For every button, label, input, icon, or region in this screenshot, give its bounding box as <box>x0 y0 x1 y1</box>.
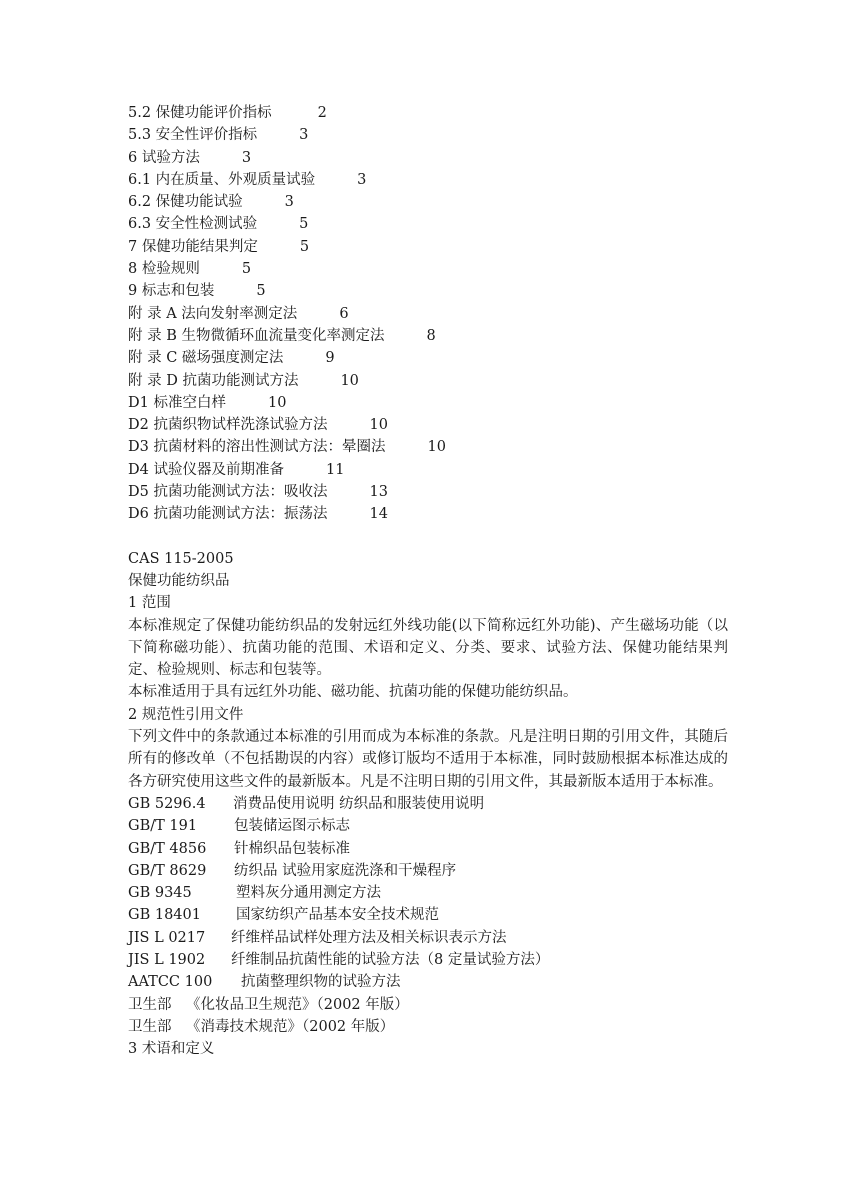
toc-entry: 5.3 安全性评价指标3 <box>128 124 728 146</box>
toc-page-number: 10 <box>369 414 387 436</box>
paragraph: 本标准规定了保健功能纺织品的发射远红外线功能(以下简称远红外功能)、产生磁场功能… <box>128 615 728 682</box>
toc-entry: 7 保健功能结果判定5 <box>128 236 728 258</box>
reference-item: AATCC 100抗菌整理织物的试验方法 <box>128 971 728 993</box>
toc-entry: D4 试验仪器及前期准备11 <box>128 459 728 481</box>
toc-page-number: 10 <box>268 392 286 414</box>
toc-label: 8 检验规则 <box>128 261 200 277</box>
document-title: 保健功能纺织品 <box>128 570 728 592</box>
toc-page-number: 9 <box>325 347 334 369</box>
spacer <box>128 526 728 548</box>
reference-code: 卫生部 <box>128 994 186 1016</box>
toc-entry: D3 抗菌材料的溶出性测试方法：晕圈法10 <box>128 436 728 458</box>
reference-code: JIS L 0217 <box>128 927 231 949</box>
reference-item: GB/T 4856针棉织品包装标准 <box>128 838 728 860</box>
document-page: 5.2 保健功能评价指标2 5.3 安全性评价指标3 6 试验方法3 6.1 内… <box>128 102 728 1060</box>
reference-title: 塑料灰分通用测定方法 <box>236 882 381 904</box>
toc-page-number: 2 <box>318 102 327 124</box>
toc-page-number: 14 <box>369 503 387 525</box>
toc-label: 6.3 安全性检测试验 <box>128 216 257 232</box>
reference-code: 卫生部 <box>128 1016 186 1038</box>
reference-code: GB/T 4856 <box>128 838 234 860</box>
table-of-contents: 5.2 保健功能评价指标2 5.3 安全性评价指标3 6 试验方法3 6.1 内… <box>128 102 728 526</box>
reference-code: GB/T 191 <box>128 815 234 837</box>
reference-title: 针棉织品包装标准 <box>234 838 350 860</box>
toc-entry: 9 标志和包装5 <box>128 280 728 302</box>
toc-label: D1 标准空白样 <box>128 395 226 411</box>
toc-label: 6.2 保健功能试验 <box>128 194 243 210</box>
toc-label: D3 抗菌材料的溶出性测试方法：晕圈法 <box>128 439 385 455</box>
toc-entry: 6.3 安全性检测试验5 <box>128 213 728 235</box>
reference-code: GB 5296.4 <box>128 793 233 815</box>
toc-page-number: 5 <box>256 280 265 302</box>
section-heading: 1 范围 <box>128 592 728 614</box>
reference-title: 纤维制品抗菌性能的试验方法（8 定量试验方法） <box>231 949 549 971</box>
toc-entry: 附 录 A 法向发射率测定法6 <box>128 303 728 325</box>
toc-page-number: 10 <box>340 370 358 392</box>
toc-page-number: 3 <box>242 147 251 169</box>
toc-label: D4 试验仪器及前期准备 <box>128 462 284 478</box>
toc-page-number: 3 <box>285 191 294 213</box>
toc-page-number: 3 <box>357 169 366 191</box>
toc-label: 附 录 D 抗菌功能测试方法 <box>128 373 298 389</box>
reference-code: AATCC 100 <box>128 971 241 993</box>
section-heading: 2 规范性引用文件 <box>128 704 728 726</box>
reference-item: 卫生部《消毒技术规范》（2002 年版） <box>128 1016 728 1038</box>
reference-list: GB 5296.4消费品使用说明 纺织品和服装使用说明 GB/T 191包装储运… <box>128 793 728 1038</box>
reference-code: GB 9345 <box>128 882 236 904</box>
toc-label: 附 录 A 法向发射率测定法 <box>128 306 297 322</box>
reference-item: GB/T 191包装储运图示标志 <box>128 815 728 837</box>
section-heading: 3 术语和定义 <box>128 1038 728 1060</box>
toc-entry: D1 标准空白样10 <box>128 392 728 414</box>
toc-page-number: 5 <box>299 213 308 235</box>
reference-item: JIS L 1902纤维制品抗菌性能的试验方法（8 定量试验方法） <box>128 949 728 971</box>
toc-label: 6.1 内在质量、外观质量试验 <box>128 172 315 188</box>
toc-entry: 5.2 保健功能评价指标2 <box>128 102 728 124</box>
toc-page-number: 10 <box>427 436 445 458</box>
reference-item: GB 5296.4消费品使用说明 纺织品和服装使用说明 <box>128 793 728 815</box>
toc-label: D2 抗菌织物试样洗涤试验方法 <box>128 417 327 433</box>
toc-label: 7 保健功能结果判定 <box>128 239 258 255</box>
reference-title: 消费品使用说明 纺织品和服装使用说明 <box>233 793 484 815</box>
reference-item: JIS L 0217纤维样品试样处理方法及相关标识表示方法 <box>128 927 728 949</box>
toc-entry: 附 录 B 生物微循环血流量变化率测定法8 <box>128 325 728 347</box>
toc-page-number: 5 <box>300 236 309 258</box>
toc-entry: 8 检验规则5 <box>128 258 728 280</box>
toc-page-number: 11 <box>326 459 344 481</box>
toc-label: 5.2 保健功能评价指标 <box>128 105 272 121</box>
reference-item: GB 9345塑料灰分通用测定方法 <box>128 882 728 904</box>
reference-title: 国家纺织产品基本安全技术规范 <box>236 904 439 926</box>
toc-entry: 6.2 保健功能试验3 <box>128 191 728 213</box>
paragraph: 下列文件中的条款通过本标准的引用而成为本标准的条款。凡是注明日期的引用文件，其随… <box>128 726 728 793</box>
toc-label: 9 标志和包装 <box>128 283 214 299</box>
standard-code: CAS 115-2005 <box>128 548 728 570</box>
reference-title: 纤维样品试样处理方法及相关标识表示方法 <box>231 927 507 949</box>
toc-page-number: 5 <box>242 258 251 280</box>
reference-item: 卫生部《化妆品卫生规范》（2002 年版） <box>128 994 728 1016</box>
toc-entry: 附 录 D 抗菌功能测试方法10 <box>128 370 728 392</box>
toc-entry: D6 抗菌功能测试方法：振荡法14 <box>128 503 728 525</box>
toc-page-number: 3 <box>299 124 308 146</box>
toc-entry: D2 抗菌织物试样洗涤试验方法10 <box>128 414 728 436</box>
reference-item: GB 18401国家纺织产品基本安全技术规范 <box>128 904 728 926</box>
toc-page-number: 8 <box>426 325 435 347</box>
toc-label: 附 录 C 磁场强度测定法 <box>128 350 283 366</box>
toc-entry: 6.1 内在质量、外观质量试验3 <box>128 169 728 191</box>
toc-page-number: 6 <box>339 303 348 325</box>
toc-label: D6 抗菌功能测试方法：振荡法 <box>128 506 327 522</box>
toc-page-number: 13 <box>369 481 387 503</box>
reference-code: GB 18401 <box>128 904 236 926</box>
toc-label: D5 抗菌功能测试方法：吸收法 <box>128 484 327 500</box>
toc-entry: 6 试验方法3 <box>128 147 728 169</box>
toc-label: 6 试验方法 <box>128 150 200 166</box>
toc-entry: 附 录 C 磁场强度测定法9 <box>128 347 728 369</box>
reference-title: 抗菌整理织物的试验方法 <box>241 971 401 993</box>
reference-code: GB/T 8629 <box>128 860 234 882</box>
reference-title: 纺织品 试验用家庭洗涤和干燥程序 <box>234 860 456 882</box>
reference-title: 《消毒技术规范》（2002 年版） <box>186 1016 394 1038</box>
toc-entry: D5 抗菌功能测试方法：吸收法13 <box>128 481 728 503</box>
toc-label: 附 录 B 生物微循环血流量变化率测定法 <box>128 328 384 344</box>
reference-item: GB/T 8629纺织品 试验用家庭洗涤和干燥程序 <box>128 860 728 882</box>
reference-title: 包装储运图示标志 <box>234 815 350 837</box>
reference-code: JIS L 1902 <box>128 949 231 971</box>
toc-label: 5.3 安全性评价指标 <box>128 127 257 143</box>
paragraph: 本标准适用于具有远红外功能、磁功能、抗菌功能的保健功能纺织品。 <box>128 681 728 703</box>
reference-title: 《化妆品卫生规范》（2002 年版） <box>186 994 409 1016</box>
